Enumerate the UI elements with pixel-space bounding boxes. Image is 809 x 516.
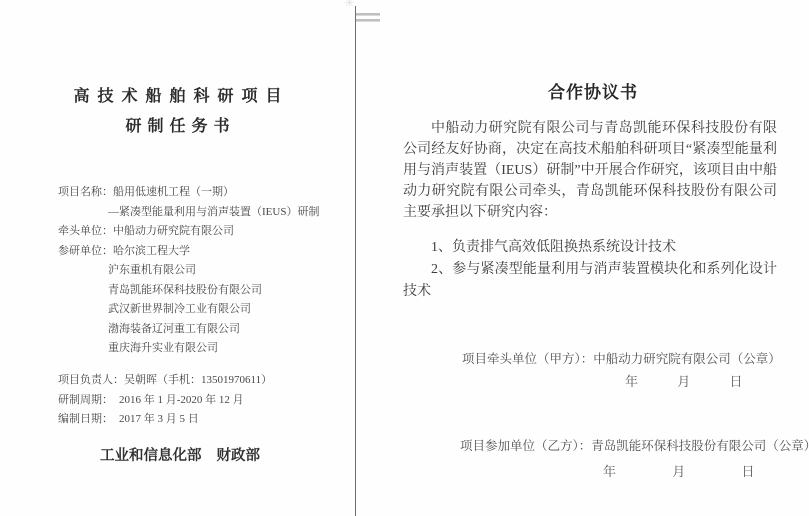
agreement-page: 合作协议书 中船动力研究院有限公司与青岛凯能环保科技股份有限公司经友好协商，决定… <box>356 0 809 516</box>
participant-1: 哈尔滨工程大学 <box>113 245 190 257</box>
participant-5: 渤海装备辽河重工有限公司 <box>58 320 319 340</box>
agreement-title: 合作协议书 <box>403 78 783 103</box>
lead-unit-label: 牵头单位： <box>58 225 113 237</box>
leader-value: 吴朝晖（手机：13501970611） <box>124 374 272 386</box>
task-book-title: 高技术船舶科研项目 研制任务书 <box>0 87 355 136</box>
scanned-document-view: 高技术船舶科研项目 研制任务书 项目名称：船用低速机工程（一期） —紧凑型能量利… <box>0 0 809 516</box>
party-a-date-line: 年 月 日 <box>625 371 743 390</box>
task-book-title-line1: 高技术船舶科研项目 <box>0 87 355 106</box>
participant-2: 沪东重机有限公司 <box>58 261 319 281</box>
research-items-list: 1、负责排气高效低阻换热系统设计技术 2、参与紧凑型能量利用与消声装置模块化和系… <box>403 237 777 303</box>
leader-label: 项目负责人： <box>58 374 124 386</box>
compile-date-value: 2017 年 3 月 5 日 <box>119 413 199 425</box>
agreement-intro-paragraph: 中船动力研究院有限公司与青岛凯能环保科技股份有限公司经友好协商，决定在高技术船舶… <box>403 118 777 223</box>
date-day-char: 日 <box>742 464 755 479</box>
period-label: 研制周期： <box>58 394 113 406</box>
participant-3: 青岛凯能环保科技股份有限公司 <box>58 281 319 301</box>
date-day-char: 日 <box>730 374 743 389</box>
party-b-date-line: 年 月 日 <box>603 461 755 480</box>
period-value: 2016 年 1 月-2020 年 12 月 <box>119 394 244 406</box>
project-name-value: 船用低速机工程（一期） <box>113 186 234 198</box>
research-item-1: 1、负责排气高效低阻换热系统设计技术 <box>403 237 777 259</box>
compile-date-line: 编制日期：2017 年 3 月 5 日 <box>58 410 272 430</box>
issuing-ministries: 工业和信息化部财政部 <box>100 444 260 465</box>
participant-line-1: 参研单位：哈尔滨工程大学 <box>58 242 319 262</box>
period-line: 研制周期：2016 年 1 月-2020 年 12 月 <box>58 391 272 411</box>
date-year-char: 年 <box>603 464 616 479</box>
project-name-continuation: —紧凑型能量利用与消声装置（IEUS）研制 <box>58 203 319 223</box>
participant-4: 武汉新世界制冷工业有限公司 <box>58 300 319 320</box>
leader-line: 项目负责人：吴朝晖（手机：13501970611） <box>58 371 272 391</box>
task-book-page: 高技术船舶科研项目 研制任务书 项目名称：船用低速机工程（一期） —紧凑型能量利… <box>0 0 355 516</box>
compile-date-label: 编制日期： <box>58 413 113 425</box>
party-a-signature-line: 项目牵头单位（甲方）：中船动力研究院有限公司（公章） <box>462 349 781 367</box>
lead-unit-value: 中船动力研究院有限公司 <box>113 225 234 237</box>
project-meta: 项目负责人：吴朝晖（手机：13501970611） 研制周期：2016 年 1 … <box>58 371 272 430</box>
participant-label: 参研单位： <box>58 245 113 257</box>
research-item-2: 2、参与紧凑型能量利用与消声装置模块化和系列化设计技术 <box>403 259 777 303</box>
ministry-finance: 财政部 <box>217 448 261 464</box>
party-b-signature-line: 项目参加单位（乙方）：青岛凯能环保科技股份有限公司（公章） <box>460 436 809 454</box>
date-month-char: 月 <box>677 374 690 389</box>
date-month-char: 月 <box>672 464 685 479</box>
project-name-label: 项目名称： <box>58 186 113 198</box>
task-book-title-line2: 研制任务书 <box>0 117 355 136</box>
participant-6: 重庆海升实业有限公司 <box>58 339 319 359</box>
project-fields: 项目名称：船用低速机工程（一期） —紧凑型能量利用与消声装置（IEUS）研制 牵… <box>58 183 319 359</box>
lead-unit-line: 牵头单位：中船动力研究院有限公司 <box>58 222 319 242</box>
ministry-industry-it: 工业和信息化部 <box>100 448 202 464</box>
project-name-line: 项目名称：船用低速机工程（一期） <box>58 183 319 203</box>
scan-artifact-mark: ✳ <box>344 0 355 11</box>
date-year-char: 年 <box>625 374 638 389</box>
